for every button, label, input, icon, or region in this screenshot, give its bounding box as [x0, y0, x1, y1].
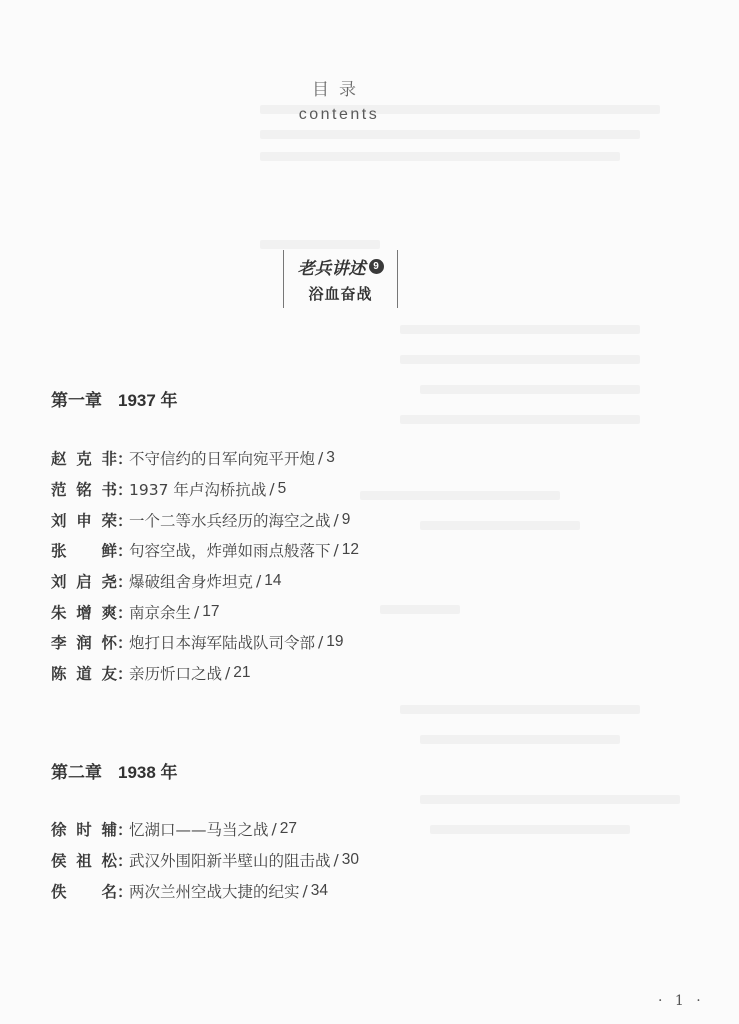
bleed-through-texture: [420, 735, 620, 744]
entry-title: 武汉外围阳新半壁山的阻击战: [129, 849, 331, 871]
bleed-through-texture: [260, 240, 380, 249]
entry-title: 1937 年卢沟桥抗战: [129, 478, 266, 500]
toc-entry[interactable]: 朱增爽：南京余生/17: [51, 596, 359, 627]
bleed-through-texture: [420, 521, 580, 530]
chapter-year: 1937 年: [118, 391, 178, 410]
bleed-through-texture: [430, 825, 630, 834]
entry-colon: ：: [117, 818, 129, 840]
toc-title: 目录: [0, 75, 678, 100]
chapter-year: 1938 年: [118, 763, 178, 782]
bleed-through-texture: [400, 355, 640, 364]
bleed-through-texture: [420, 385, 640, 394]
bleed-through-texture: [400, 415, 640, 424]
entry-title: 忆湖口——马当之战: [129, 818, 269, 840]
entry-author: 刘申荣: [51, 509, 117, 531]
entry-title: 亲历忻口之战: [129, 662, 222, 684]
chapter-heading: 第二章1938 年: [51, 758, 178, 783]
entry-colon: ：: [117, 849, 129, 871]
entry-page: 21: [233, 664, 250, 682]
entry-colon: ：: [117, 539, 129, 561]
entry-colon: ：: [117, 447, 129, 469]
toc-entry[interactable]: 李润怀：炮打日本海军陆战队司令部/19: [51, 627, 359, 658]
entry-separator: /: [303, 882, 308, 900]
series-title-block: 老兵讲述 9 浴血奋战: [283, 250, 398, 308]
chapter-label: 第一章: [51, 391, 102, 411]
entry-title: 一个二等水兵经历的海空之战: [129, 509, 331, 531]
entry-author: 张鲜: [51, 539, 117, 561]
entry-title: 爆破组舍身炸坦克: [129, 570, 253, 592]
bleed-through-texture: [380, 605, 460, 614]
entry-separator: /: [272, 820, 277, 838]
chapter-entries: 赵克非：不守信约的日军向宛平开炮/3 范铭书：1937 年卢沟桥抗战/5 刘申荣…: [51, 443, 359, 689]
entry-separator: /: [269, 480, 274, 498]
entry-author: 陈道友: [51, 662, 117, 684]
entry-page: 17: [202, 603, 219, 621]
bleed-through-texture: [400, 325, 640, 334]
entry-colon: ：: [117, 570, 129, 592]
entry-page: 12: [342, 541, 359, 559]
entry-colon: ：: [117, 662, 129, 684]
toc-entry[interactable]: 侯祖松：武汉外围阳新半壁山的阻击战/30: [51, 845, 359, 876]
entry-page: 14: [264, 572, 281, 590]
entry-colon: ：: [117, 509, 129, 531]
toc-entry[interactable]: 刘申荣：一个二等水兵经历的海空之战/9: [51, 504, 359, 535]
entry-author: 佚名: [51, 880, 117, 902]
series-name: 老兵讲述 9: [298, 254, 384, 279]
bleed-through-texture: [400, 705, 640, 714]
bleed-through-texture: [260, 152, 620, 161]
toc-subtitle: contents: [0, 106, 678, 124]
toc-entry[interactable]: 陈道友：亲历忻口之战/21: [51, 658, 359, 689]
entry-author: 范铭书: [51, 478, 117, 500]
bleed-through-texture: [420, 795, 680, 804]
chapter-heading: 第一章1937 年: [51, 386, 178, 411]
entry-title: 句容空战，炸弹如雨点般落下: [129, 539, 331, 561]
entry-author: 刘启尧: [51, 570, 117, 592]
entry-page: 27: [280, 820, 297, 838]
series-number-badge: 9: [369, 259, 384, 274]
entry-separator: /: [225, 664, 230, 682]
toc-entry[interactable]: 徐时辅：忆湖口——马当之战/27: [51, 814, 359, 845]
entry-page: 34: [311, 882, 328, 900]
entry-page: 3: [326, 449, 335, 467]
chapter-label: 第二章: [51, 763, 102, 783]
entry-separator: /: [334, 851, 339, 869]
entry-page: 5: [278, 480, 287, 498]
entry-author: 朱增爽: [51, 601, 117, 623]
entry-separator: /: [194, 603, 199, 621]
toc-entry[interactable]: 刘启尧：爆破组舍身炸坦克/14: [51, 566, 359, 597]
entry-separator: /: [334, 541, 339, 559]
book-title: 浴血奋战: [284, 283, 397, 304]
entry-separator: /: [334, 511, 339, 529]
toc-entry[interactable]: 赵克非：不守信约的日军向宛平开炮/3: [51, 443, 359, 474]
entry-author: 徐时辅: [51, 818, 117, 840]
entry-title: 炮打日本海军陆战队司令部: [129, 631, 315, 653]
entry-title: 不守信约的日军向宛平开炮: [129, 447, 315, 469]
chapter-entries: 徐时辅：忆湖口——马当之战/27 侯祖松：武汉外围阳新半壁山的阻击战/30 佚名…: [51, 814, 359, 906]
entry-title: 南京余生: [129, 601, 191, 623]
entry-colon: ：: [117, 880, 129, 902]
entry-separator: /: [256, 572, 261, 590]
bleed-through-texture: [260, 130, 640, 139]
entry-page: 30: [342, 851, 359, 869]
entry-author: 李润怀: [51, 631, 117, 653]
bleed-through-texture: [360, 491, 560, 500]
entry-page: 19: [326, 633, 343, 651]
series-name-text: 老兵讲述: [298, 254, 366, 279]
entry-separator: /: [318, 449, 323, 467]
page-number: · 1 ·: [658, 993, 705, 1009]
entry-colon: ：: [117, 478, 129, 500]
entry-separator: /: [318, 633, 323, 651]
entry-page: 9: [342, 511, 351, 529]
toc-entry[interactable]: 张鲜：句容空战，炸弹如雨点般落下/12: [51, 535, 359, 566]
entry-colon: ：: [117, 631, 129, 653]
toc-entry[interactable]: 范铭书：1937 年卢沟桥抗战/5: [51, 474, 359, 505]
toc-entry[interactable]: 佚名：两次兰州空战大捷的纪实/34: [51, 875, 359, 906]
entry-author: 赵克非: [51, 447, 117, 469]
entry-title: 两次兰州空战大捷的纪实: [129, 880, 300, 902]
entry-colon: ：: [117, 601, 129, 623]
entry-author: 侯祖松: [51, 849, 117, 871]
